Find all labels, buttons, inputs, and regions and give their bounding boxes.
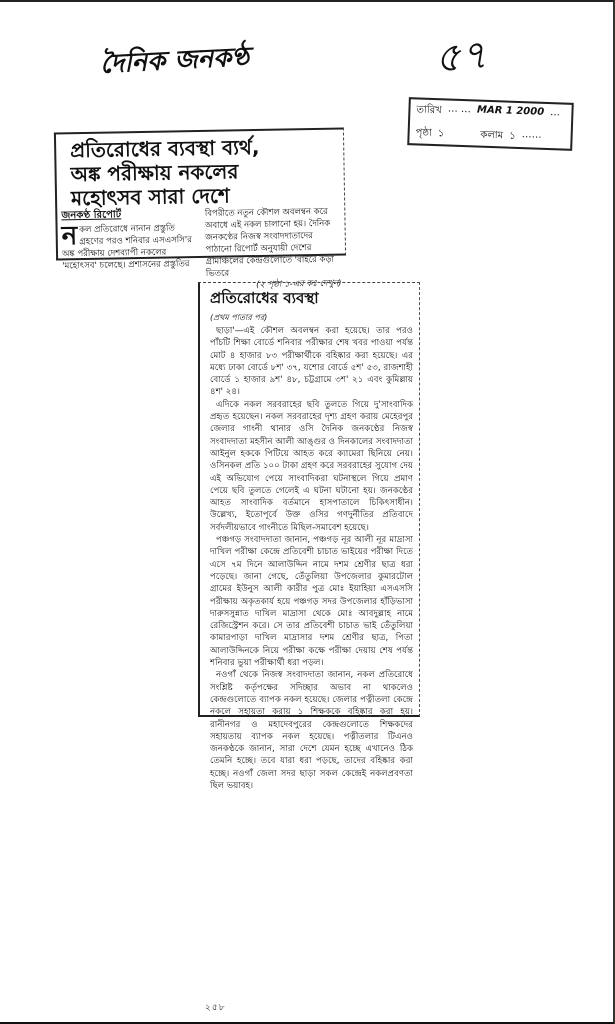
column-1-text: কল প্রতিরোধে নানান প্রস্তুতি গ্রহণের পরও…	[62, 223, 192, 271]
drop-cap: ন	[62, 224, 78, 248]
newspaper-masthead: দৈনিক জনকণ্ঠ	[99, 36, 250, 88]
paragraph: পঞ্চগড় সংবাদদাতা জানান, পঞ্চগড় নূর আলী…	[210, 534, 413, 669]
footer-mark: ২৫৮	[205, 1000, 226, 1015]
stamp-page-label: পৃষ্ঠা	[415, 125, 432, 143]
paragraph: নওগাঁ থেকে নিজস্ব সংবাদদাতা জানান, নকল প…	[210, 669, 413, 792]
column-2-text: বিপরীতে নতুন কৌশল অবলম্বন করে অবাধে এই ন…	[205, 206, 342, 280]
date-stamp: তারিখ … … MAR 1 2000 … পৃষ্ঠা ১ কলাম ১ ……	[407, 97, 574, 151]
stamp-date-label: তারিখ	[416, 102, 442, 120]
front-page-clipping: প্রতিরোধের ব্যবস্থা ব্যর্থ, অঙ্ক পরীক্ষা…	[54, 127, 346, 260]
byline: জনকণ্ঠ রিপোর্ট	[61, 208, 197, 222]
handwritten-page-number: ৫৭	[432, 23, 490, 94]
stamp-date-value: MAR 1 2000	[477, 105, 545, 124]
continued-clipping: প্রতিরোধের ব্যবস্থা (প্রথম পাতার পর) ছাড…	[198, 282, 420, 717]
paragraph: ছাড়া'—এই কৌশল অবলম্বন করা হয়েছে। তার প…	[210, 325, 413, 399]
continued-subtitle: (প্রথম পাতার পর)	[210, 312, 413, 325]
headline: প্রতিরোধের ব্যবস্থা ব্যর্থ, অঙ্ক পরীক্ষা…	[56, 129, 344, 210]
stamp-page-value: ১	[438, 126, 445, 143]
continued-title: প্রতিরোধের ব্যবস্থা	[210, 287, 413, 312]
column-1: জনকণ্ঠ রিপোর্ট ন কল প্রতিরোধে নানান প্রস…	[61, 208, 198, 294]
stamp-column-value: ১	[509, 129, 516, 146]
paragraph: এদিকে নকল সরবরাহের ছবি তুলতে গিয়ে দু'সা…	[210, 399, 413, 534]
stamp-column-label: কলাম	[480, 128, 503, 146]
column-2: বিপরীতে নতুন কৌশল অবলম্বন করে অবাধে এই ন…	[205, 206, 342, 292]
